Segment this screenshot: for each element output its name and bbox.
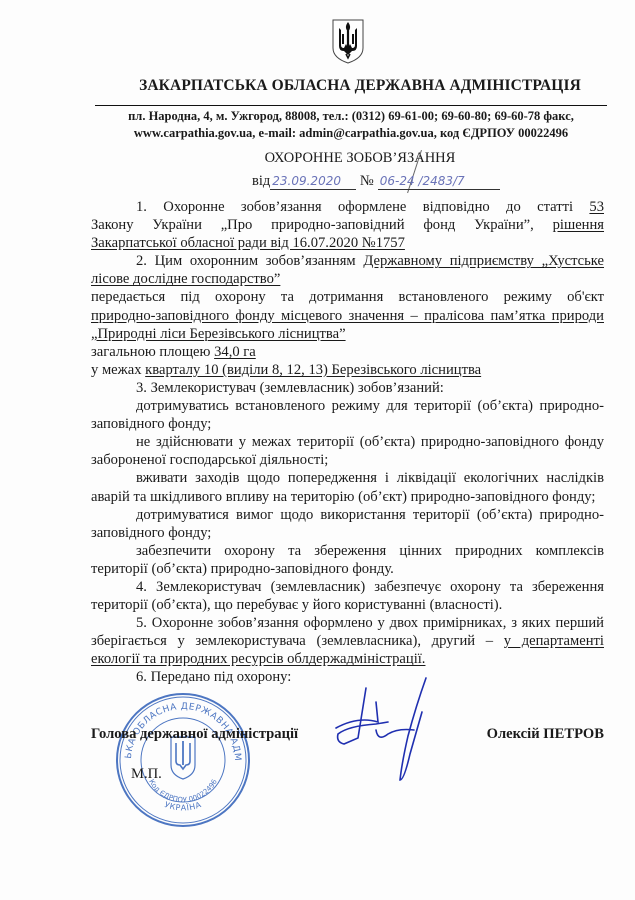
signatory-title: Голова державної адміністрації bbox=[91, 726, 298, 743]
contact-address-line: пл. Народна, 4, м. Ужгород, 88008, тел.:… bbox=[95, 108, 607, 125]
section-2-text: 2. Цим охоронним зобов’язанням bbox=[136, 253, 356, 269]
area-value: 34,0 га bbox=[214, 344, 256, 360]
handwritten-date: 23.09.2020 bbox=[270, 174, 356, 190]
decision-label: рішення bbox=[553, 217, 604, 233]
section-1-text: 1. Охоронне зобов’язання оформлене відпо… bbox=[136, 199, 573, 215]
trident-icon bbox=[331, 18, 365, 64]
decision-reference: Закарпатської обласної ради від 16.07.20… bbox=[91, 235, 405, 251]
section-2-line-1: 2. Цим охоронним зобов’язанням Державном… bbox=[91, 252, 604, 270]
object-type: природно-заповідного фонду місцевого зна… bbox=[91, 308, 604, 324]
area-label: загальною площею bbox=[91, 344, 210, 360]
section-1-line-3: Закарпатської обласної ради від 16.07.20… bbox=[91, 234, 604, 252]
enterprise-name: Державному підприємству „Хустське bbox=[363, 253, 604, 269]
enterprise-name-cont: лісове дослідне господарство” bbox=[91, 271, 280, 287]
section-1-line-1: 1. Охоронне зобов’язання оформлене відпо… bbox=[91, 198, 604, 216]
document-body: 1. Охоронне зобов’язання оформлене відпо… bbox=[91, 198, 604, 687]
obligation-item: забезпечити охорону та збереження цінних… bbox=[91, 542, 604, 578]
section-4: 4. Землекористувач (землевласник) забезп… bbox=[91, 578, 604, 614]
date-prefix: від bbox=[252, 173, 270, 189]
document-reference: від23.09.2020 №06-24 /2483/7 bbox=[252, 173, 500, 190]
object-name: „Природні ліси Березівського лісництва” bbox=[91, 326, 346, 342]
number-prefix: № bbox=[360, 173, 374, 189]
obligation-item: дотримуватись встановленого режиму для т… bbox=[91, 397, 604, 433]
section-5: 5. Охоронне зобов’язання оформлено у дво… bbox=[91, 614, 604, 668]
area-line: загальною площею 34,0 га bbox=[91, 343, 604, 361]
signatory-name: Олексій ПЕТРОВ bbox=[487, 726, 604, 743]
bounds-label: у межах bbox=[91, 362, 142, 378]
document-title: ОХОРОННЕ ЗОБОВ’ЯЗАННЯ bbox=[100, 150, 620, 167]
handwritten-number: 06-24 /2483/7 bbox=[378, 174, 500, 190]
stamp-trident-icon bbox=[171, 737, 195, 779]
obligation-item: вживати заходів щодо попередження і лікв… bbox=[91, 469, 604, 505]
section-2-line-2: лісове дослідне господарство” bbox=[91, 270, 604, 288]
section-2-line-4: природно-заповідного фонду місцевого зна… bbox=[91, 307, 604, 325]
contact-web-line: www.carpathia.gov.ua, e-mail: admin@carp… bbox=[95, 125, 607, 142]
organization-name: ЗАКАРПАТСЬКА ОБЛАСНА ДЕРЖАВНА АДМІНІСТРА… bbox=[100, 77, 620, 95]
document-page: ЗАКАРПАТСЬКА ОБЛАСНА ДЕРЖАВНА АДМІНІСТРА… bbox=[0, 0, 635, 900]
section-1-line-2: Закону України „Про природно-заповідний … bbox=[91, 216, 604, 234]
bounds-line: у межах кварталу 10 (виділи 8, 12, 13) Б… bbox=[91, 361, 604, 379]
section-3-heading: 3. Землекористувач (землевласник) зобов’… bbox=[91, 379, 604, 397]
bounds-value: кварталу 10 (виділи 8, 12, 13) Березівсь… bbox=[145, 362, 481, 378]
law-name: Закону України „Про природно-заповідний … bbox=[91, 217, 534, 233]
article-number: 53 bbox=[589, 199, 604, 215]
official-seal-stamp: ЗАКАРПАТСЬКА ОБЛАСНА ДЕРЖАВНА АДМІНІСТРА… bbox=[113, 689, 253, 831]
section-2-line-3: передається під охорону та дотримання вс… bbox=[91, 288, 604, 306]
obligation-item: дотримуватися вимог щодо використання те… bbox=[91, 506, 604, 542]
contact-info: пл. Народна, 4, м. Ужгород, 88008, тел.:… bbox=[95, 108, 607, 142]
seal-placeholder-label: М.П. bbox=[131, 766, 162, 783]
handwritten-signature bbox=[318, 676, 448, 786]
section-2-line-5: „Природні ліси Березівського лісництва” bbox=[91, 325, 604, 343]
header-divider bbox=[95, 105, 607, 106]
obligation-item: не здійснювати у межах території (об’єкт… bbox=[91, 433, 604, 469]
